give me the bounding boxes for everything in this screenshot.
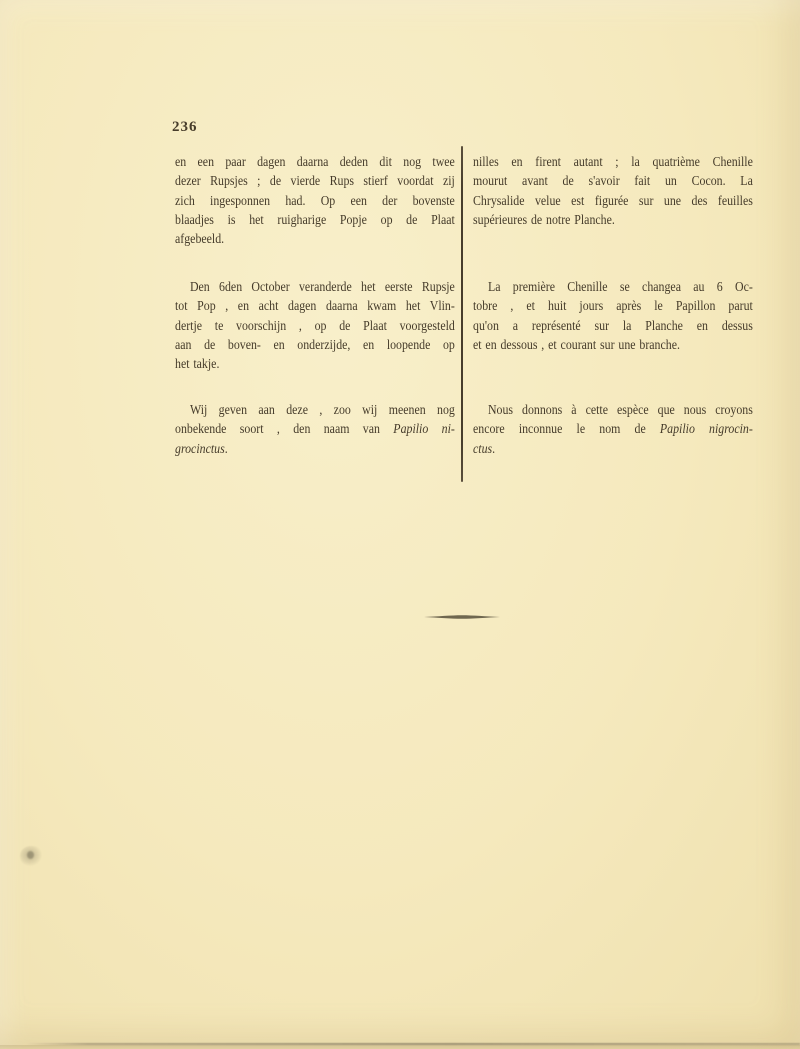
text-line: mourut avant de s'avoir fait un Cocon. L…: [473, 171, 753, 190]
column-divider-rule: [461, 146, 463, 482]
page-number: 236: [172, 119, 198, 136]
text-line: grocinctus.: [175, 439, 455, 458]
text-line: nilles en firent autant ; la quatrième C…: [473, 152, 753, 171]
text-line: dertje te voorschijn , op de Plaat voorg…: [175, 316, 455, 335]
text-segment: .: [225, 441, 228, 456]
species-name-italic: ctus: [473, 441, 492, 456]
text-line: aan de boven- en onderzijde, en loopende…: [175, 335, 455, 354]
text-line: het takje.: [175, 354, 455, 373]
text-line: encore inconnue le nom de Papilio nigroc…: [473, 419, 753, 438]
species-name-italic: Papilio nigrocin-: [660, 421, 753, 436]
text-line: qu'on a représenté sur la Planche en des…: [473, 316, 753, 335]
left-paragraph-2: Den 6den October veranderde het eerste R…: [175, 277, 455, 373]
text-line: et en dessous , et courant sur une branc…: [473, 335, 753, 354]
text-line: Wij geven aan deze , zoo wij meenen nog: [175, 400, 455, 419]
text-segment: .: [492, 441, 495, 456]
left-paragraph-1: en een paar dagen daarna deden dit nog t…: [175, 152, 455, 248]
text-line: tobre , et huit jours après le Papillon …: [473, 296, 753, 315]
page-edge-tint: [0, 1045, 800, 1049]
species-name-italic: Papilio ni-: [393, 421, 455, 436]
right-paragraph-1: nilles en firent autant ; la quatrième C…: [473, 152, 753, 229]
text-line: zich ingesponnen had. Op een der bovenst…: [175, 191, 455, 210]
right-paragraph-2: La première Chenille se changea au 6 Oc-…: [473, 277, 753, 354]
scanned-book-page: { "page": { "number": "236", "paper_colo…: [0, 0, 800, 1049]
text-line: ctus.: [473, 439, 753, 458]
text-line: tot Pop , en acht dagen daarna kwam het …: [175, 296, 455, 315]
text-line: dezer Rupsjes ; de vierde Rups stierf vo…: [175, 171, 455, 190]
text-line: Nous donnons à cette espèce que nous cro…: [473, 400, 753, 419]
species-name-italic: grocinctus: [175, 441, 225, 456]
text-line: Den 6den October veranderde het eerste R…: [175, 277, 455, 296]
ink-stain-dot: [27, 851, 34, 859]
text-line: en een paar dagen daarna deden dit nog t…: [175, 152, 455, 171]
text-line: La première Chenille se changea au 6 Oc-: [473, 277, 753, 296]
text-segment: encore inconnue le nom de: [473, 421, 660, 436]
section-divider-ornament: [424, 613, 500, 621]
text-line: afgebeeld.: [175, 229, 455, 248]
text-line: supérieures de notre Planche.: [473, 210, 753, 229]
text-segment: onbekende soort , den naam van: [175, 421, 393, 436]
text-line: onbekende soort , den naam van Papilio n…: [175, 419, 455, 438]
text-line: blaadjes is het ruigharige Popje op de P…: [175, 210, 455, 229]
left-paragraph-3: Wij geven aan deze , zoo wij meenen nog …: [175, 400, 455, 458]
right-paragraph-3: Nous donnons à cette espèce que nous cro…: [473, 400, 753, 458]
text-line: Chrysalide velue est figurée sur une des…: [473, 191, 753, 210]
